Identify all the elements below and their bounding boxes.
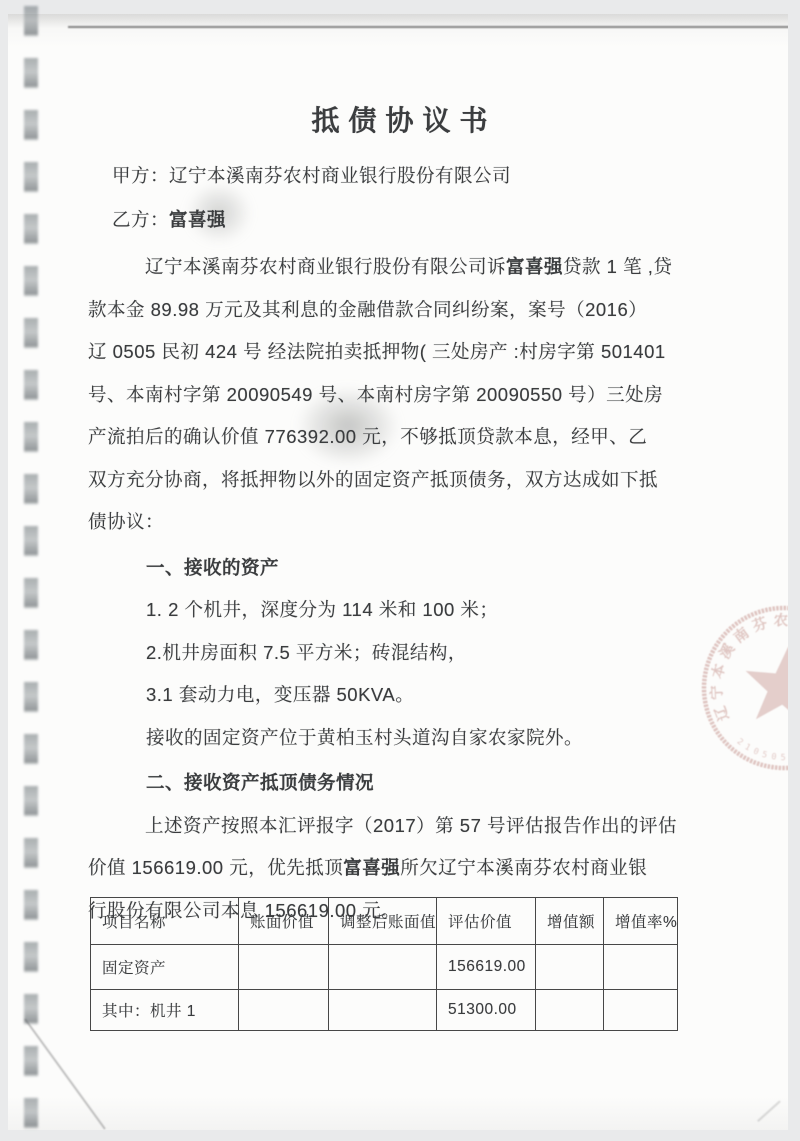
binding-holes bbox=[24, 6, 38, 1131]
paragraph-line: 双方充分协商，将抵押物以外的固定资产抵顶债务，双方达成如下抵 bbox=[88, 459, 720, 502]
table-header-cell: 调整后账面值 bbox=[329, 898, 437, 945]
paragraph-line: 辽 0505 民初 424 号 经法院拍卖抵押物( 三处房产 :村房字第 501… bbox=[88, 331, 720, 374]
list-item: 2.机井房面积 7.5 平方米；砖混结构， bbox=[88, 632, 720, 675]
intro-paragraph: 辽宁本溪南芬农村商业银行股份有限公司诉富喜强贷款 1 笔 ,贷 款本金 89.9… bbox=[88, 246, 720, 544]
assets-valuation-table: 项目名称 账面价值 调整后账面值 评估价值 增值额 增值率% 固定资产 1566… bbox=[90, 897, 678, 1031]
table-cell bbox=[604, 990, 678, 1031]
table-cell bbox=[239, 990, 329, 1031]
paragraph-text: 所欠辽宁本溪南芬农村商业银 bbox=[400, 857, 647, 878]
paragraph-line: 产流拍后的确认价值 776392.00 元，不够抵顶贷款本息，经甲、乙 bbox=[88, 416, 720, 459]
party-b-label: 乙方： bbox=[112, 209, 169, 230]
paragraph-text: 贷款 1 笔 ,贷 bbox=[563, 256, 672, 277]
paragraph-text: 价值 156619.00 元，优先抵顶 bbox=[88, 857, 343, 878]
paragraph-line: 上述资产按照本汇评报字（2017）第 57 号评估报告作出的评估 bbox=[88, 805, 720, 848]
table-header-cell: 增值率% bbox=[604, 898, 678, 945]
table-cell: 其中：机井 1 bbox=[91, 990, 239, 1031]
paragraph-line: 价值 156619.00 元，优先抵顶富喜强所欠辽宁本溪南芬农村商业银 bbox=[88, 847, 720, 890]
section1-heading: 一、接收的资产 bbox=[88, 547, 720, 590]
paragraph-text: 辽宁本溪南芬农村商业银行股份有限公司诉 bbox=[145, 256, 506, 277]
table-row: 固定资产 156619.00 bbox=[91, 945, 678, 990]
list-item: 1. 2 个机井，深度分为 114 米和 100 米； bbox=[88, 589, 720, 632]
table-header-cell: 项目名称 bbox=[91, 898, 239, 945]
party-a-label: 甲方： bbox=[112, 165, 169, 186]
table-cell bbox=[536, 945, 604, 990]
party-b-name: 富喜强 bbox=[169, 209, 226, 230]
table-header-cell: 账面价值 bbox=[239, 898, 329, 945]
table-header-cell: 增值额 bbox=[536, 898, 604, 945]
table-cell bbox=[604, 945, 678, 990]
table-cell bbox=[536, 990, 604, 1031]
document-body: 抵债协议书 甲方：辽宁本溪南芬农村商业银行股份有限公司 乙方：富喜强 辽宁本溪南… bbox=[88, 14, 720, 932]
table-header-row: 项目名称 账面价值 调整后账面值 评估价值 增值额 增值率% bbox=[91, 898, 678, 945]
party-a-name: 辽宁本溪南芬农村商业银行股份有限公司 bbox=[169, 165, 511, 186]
crease-line bbox=[757, 1100, 780, 1121]
list-item: 3.1 套动力电，变压器 50KVA。 bbox=[88, 674, 720, 717]
page-title: 抵债协议书 bbox=[88, 100, 720, 142]
paragraph-line: 款本金 89.98 万元及其利息的金融借款合同纠纷案，案号（2016） bbox=[88, 289, 720, 332]
party-a-line: 甲方：辽宁本溪南芬农村商业银行股份有限公司 bbox=[88, 155, 720, 198]
party-b-name-inline: 富喜强 bbox=[506, 256, 563, 277]
table-cell bbox=[329, 990, 437, 1031]
scanned-page: 抵债协议书 甲方：辽宁本溪南芬农村商业银行股份有限公司 乙方：富喜强 辽宁本溪南… bbox=[0, 0, 800, 1141]
paper-sheet: 抵债协议书 甲方：辽宁本溪南芬农村商业银行股份有限公司 乙方：富喜强 辽宁本溪南… bbox=[8, 14, 788, 1130]
table-cell: 固定资产 bbox=[91, 945, 239, 990]
star-icon bbox=[741, 642, 788, 726]
official-stamp: 辽宁本溪南芬农村商业 210505800 bbox=[674, 578, 788, 798]
table-row: 其中：机井 1 51300.00 bbox=[91, 990, 678, 1031]
paragraph-line: 号、本南村字第 20090549 号、本南村房字第 20090550 号）三处房 bbox=[88, 374, 720, 417]
table-header-cell: 评估价值 bbox=[437, 898, 536, 945]
paragraph-line: 债协议： bbox=[88, 501, 720, 544]
paragraph-line: 辽宁本溪南芬农村商业银行股份有限公司诉富喜强贷款 1 笔 ,贷 bbox=[88, 246, 720, 289]
party-b-line: 乙方：富喜强 bbox=[88, 199, 720, 242]
table-cell bbox=[329, 945, 437, 990]
list-item: 接收的固定资产位于黄柏玉村头道沟自家农家院外。 bbox=[88, 717, 720, 760]
section2-heading: 二、接收资产抵顶债务情况 bbox=[88, 762, 720, 805]
table-cell: 156619.00 bbox=[437, 945, 536, 990]
section1-items: 1. 2 个机井，深度分为 114 米和 100 米； 2.机井房面积 7.5 … bbox=[88, 589, 720, 759]
table-cell: 51300.00 bbox=[437, 990, 536, 1031]
table-cell bbox=[239, 945, 329, 990]
party-b-name-inline: 富喜强 bbox=[343, 857, 400, 878]
